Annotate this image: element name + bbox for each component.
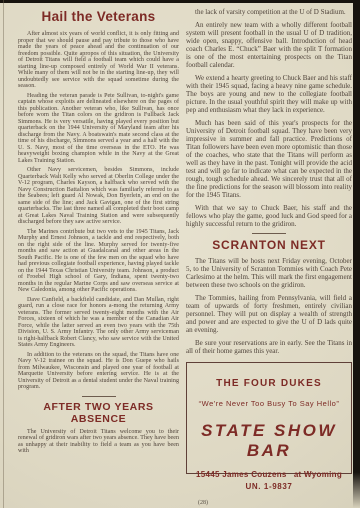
paragraph: Other Navy servicemen, besides Simmons, … [18, 167, 179, 226]
section-title-after-two-years-absence: AFTER TWO YEARS ABSENCE [18, 401, 179, 425]
state-show-bar-advertisement: THE FOUR DUKES “We're Never Too Busy To … [186, 362, 352, 474]
paragraph: Much has been said of this year's prospe… [186, 119, 352, 199]
paragraph: The Titans will be hosts next Friday eve… [186, 257, 352, 289]
paragraph: Be sure your reservations are in early. … [186, 339, 352, 355]
photo-edge-top [0, 0, 360, 3]
page-fold-line [3, 0, 4, 508]
paragraph: We extend a hearty greeting to Chuck Bae… [186, 74, 352, 114]
section-divider [252, 233, 286, 234]
ad-street-address: 15445 James Couzens [196, 470, 287, 479]
photo-edge-right [353, 0, 360, 508]
article-title-hail-the-veterans: Hail the Veterans [18, 9, 179, 24]
section-divider [82, 396, 116, 397]
paragraph: In addition to the veterans on the squad… [18, 352, 179, 391]
two-column-layout: Hail the Veterans After almost six years… [18, 8, 352, 474]
ad-tagline: “We're Never Too Busy To Say Hello” [187, 399, 351, 408]
scanned-program-page: Hail the Veterans After almost six years… [0, 0, 360, 508]
paragraph: The University of Detroit Titans welcome… [18, 429, 179, 455]
ad-band-name: THE FOUR DUKES [187, 378, 351, 389]
paragraph: The Tommies, hailing from Pennsylvania, … [186, 294, 352, 334]
page-number: (28) [198, 500, 208, 506]
paragraph: The Marines contribute but two vets to t… [18, 229, 179, 294]
paragraph: Dave Canfield, a backfield candidate, an… [18, 297, 179, 349]
paragraph: An entirely new team with a wholly diffe… [186, 21, 352, 69]
ad-cross-street: at Wyoming [294, 470, 342, 479]
section-title-scranton-next: SCRANTON NEXT [186, 238, 352, 252]
right-column: the lack of varsity competition at the U… [186, 8, 352, 474]
ad-phone-number: UN. 1-9837 [187, 482, 351, 491]
paragraph: With that we say to Chuck Baer, his staf… [186, 204, 352, 228]
ad-business-name: STATE SHOW BAR [187, 421, 351, 461]
paragraph: the lack of varsity competition at the U… [186, 8, 352, 16]
paragraph: Heading the veteran parade is Pete Sulli… [18, 93, 179, 165]
paragraph: After almost six years of world conflict… [18, 31, 179, 90]
left-column: Hail the Veterans After almost six years… [18, 8, 179, 474]
ad-address-line: 15445 James Couzens at Wyoming [187, 470, 351, 479]
